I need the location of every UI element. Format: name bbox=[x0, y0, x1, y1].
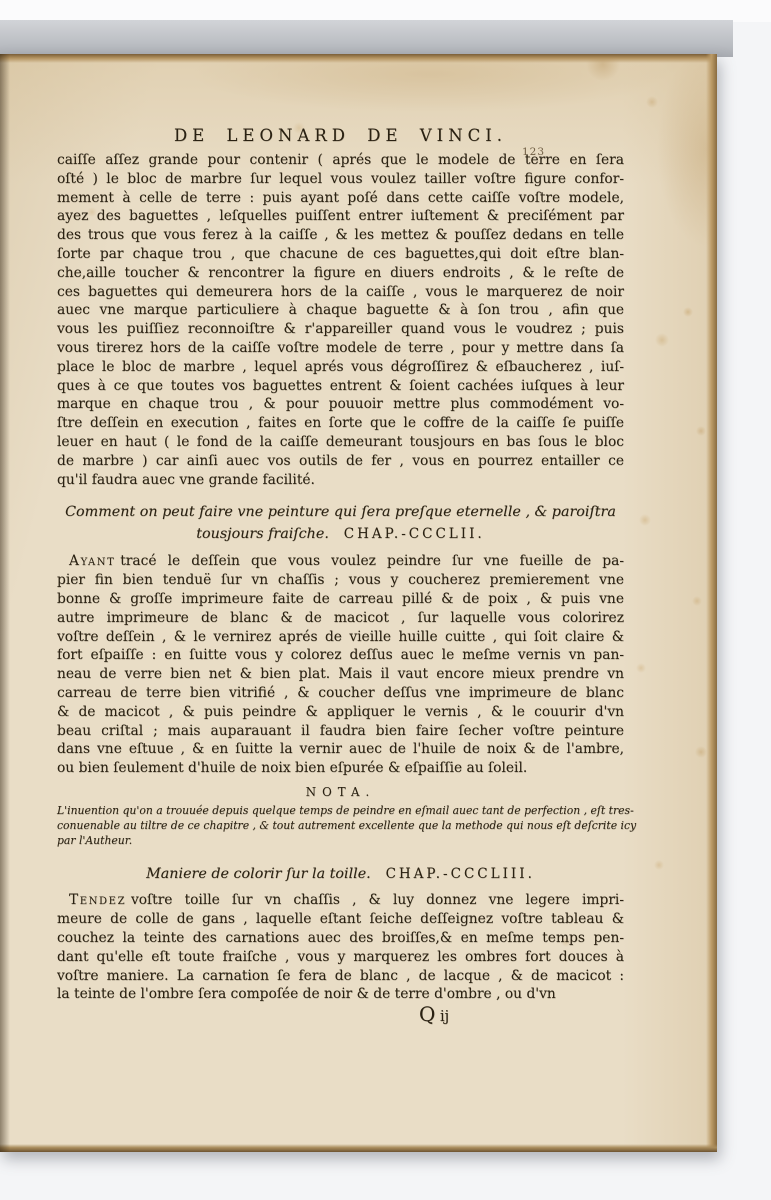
first-line-text: voſtre toille ſur vn chaſſis , & luy don… bbox=[131, 892, 624, 908]
chapter-title-line-1: Comment on peut faire vne peinture qui ſ… bbox=[57, 501, 624, 523]
first-line-text: tracé le deſſein que vous voulez peindre… bbox=[120, 553, 624, 569]
text-line: fort eſpaiſſe : en ſuitte vous y colorez… bbox=[57, 646, 624, 665]
page-edge-top bbox=[0, 54, 717, 63]
background-top-strip bbox=[0, 0, 771, 22]
running-head-row: DE LEONARD DE VINCI. 123 bbox=[57, 127, 624, 151]
chapter-title-line-2: tousjours fraiſche.CHAP.-CCCLII. bbox=[57, 523, 624, 545]
chapter-title: Maniere de colorir ſur la toille. bbox=[146, 866, 371, 882]
text-line: oſté ) le bloc de marbre ſur lequel vous… bbox=[57, 170, 624, 189]
lead-word: Tendez bbox=[69, 892, 126, 908]
nota-section: NOTA. L'inuention qu'on a trouuée depuis… bbox=[57, 783, 624, 848]
text-line: conuenable au tiltre de ce chapitre , & … bbox=[57, 818, 624, 833]
text-line: ces baguettes qui demeurera hors de la c… bbox=[57, 283, 624, 302]
page-edge-bottom bbox=[0, 1144, 717, 1152]
text-line: ques à ce que toutes vos baguettes entre… bbox=[57, 377, 624, 396]
book-page: DE LEONARD DE VINCI. 123 caiſſe aſſez gr… bbox=[0, 54, 717, 1152]
text-block: DE LEONARD DE VINCI. 123 caiſſe aſſez gr… bbox=[57, 127, 624, 1027]
text-line: de marbre ) car ainſi auec vos outils de… bbox=[57, 452, 624, 471]
text-line: meure de colle de gans , laquelle eſtant… bbox=[57, 910, 624, 929]
text-line: couchez la teinte des carnations auec de… bbox=[57, 929, 624, 948]
page-edge-left bbox=[0, 54, 10, 1152]
running-head-title: DE LEONARD DE VINCI. bbox=[174, 127, 507, 146]
text-line: vous les puiſſiez reconnoiſtre & r'appar… bbox=[57, 320, 624, 339]
paragraph-first-line: Ayanttracé le deſſein que vous voulez pe… bbox=[57, 552, 624, 571]
text-line: & de macicot , & puis peindre & applique… bbox=[57, 703, 624, 722]
text-line: dant qu'elle eſt toute fraiſche , vous y… bbox=[57, 948, 624, 967]
text-line: leuer en haut ( le fond de la caiſſe dem… bbox=[57, 433, 624, 452]
text-line: autre imprimeure de blanc & de macicot ,… bbox=[57, 609, 624, 628]
text-line: la teinte de l'ombre ſera compoſée de no… bbox=[57, 985, 624, 1004]
lead-word: Ayant bbox=[69, 553, 115, 569]
text-line: par l'Autheur. bbox=[57, 833, 624, 848]
paragraph-coloring-on-canvas: Tendezvoſtre toille ſur vn chaſſis , & l… bbox=[57, 891, 624, 1004]
text-line: carreau de terre bien vitrifié , & couch… bbox=[57, 684, 624, 703]
text-line: marque en chaque trou , & pour pouuoir m… bbox=[57, 395, 624, 414]
text-line: des trous que vous ferez à la caiſſe , &… bbox=[57, 226, 624, 245]
text-line: L'inuention qu'on a trouuée depuis quelq… bbox=[57, 803, 624, 818]
page-edge-right bbox=[706, 54, 717, 1152]
text-line: voſtre deſſein , & le vernirez aprés de … bbox=[57, 628, 624, 647]
text-line: ayez des baguettes , leſquelles puiſſent… bbox=[57, 207, 624, 226]
text-line: ſorte par chaque trou , que chacune de c… bbox=[57, 245, 624, 264]
text-line: beau criſtal ; mais auparauant il faudra… bbox=[57, 722, 624, 741]
text-line: auec vne marque particuliere à chaque ba… bbox=[57, 301, 624, 320]
text-line: ſtre deſſein en execution , faites en ſo… bbox=[57, 414, 624, 433]
text-line: mement à celle de terre : puis ayant poſ… bbox=[57, 189, 624, 208]
nota-body: L'inuention qu'on a trouuée depuis quelq… bbox=[57, 803, 624, 849]
signature-mark: Q ij bbox=[419, 1005, 624, 1027]
text-line: place le bloc de marbre , lequel aprés v… bbox=[57, 358, 624, 377]
page-top-shadow-band bbox=[0, 20, 733, 57]
text-line: qu'il faudra auec vne grande facilité. bbox=[57, 471, 624, 490]
paragraph-eternal-painting: Ayanttracé le deſſein que vous voulez pe… bbox=[57, 552, 624, 778]
page-number: 123 bbox=[522, 143, 545, 162]
paragraph-first-line: Tendezvoſtre toille ſur vn chaſſis , & l… bbox=[57, 891, 624, 910]
scanned-book-photo: DE LEONARD DE VINCI. 123 caiſſe aſſez gr… bbox=[0, 0, 771, 1200]
text-line: dans vne eſtuue , & en ſuitte la vernir … bbox=[57, 740, 624, 759]
chapter-number-label: CHAP.-CCCLII. bbox=[344, 526, 485, 542]
chapter-title-end: tousjours fraiſche. bbox=[196, 526, 329, 542]
text-line: che,aille toucher & rencontrer la figure… bbox=[57, 264, 624, 283]
text-line: bonne & groſſe imprimeure faite de carre… bbox=[57, 590, 624, 609]
nota-heading: NOTA. bbox=[57, 783, 624, 802]
chapter-heading-cccliii: Maniere de colorir ſur la toille.CHAP.-C… bbox=[57, 863, 624, 885]
text-line: pier fin bien tenduë ſur vn chaſſis ; vo… bbox=[57, 571, 624, 590]
text-line: ou bien ſeulement d'huile de noix bien e… bbox=[57, 759, 624, 778]
chapter-heading-ccclii: Comment on peut faire vne peinture qui ſ… bbox=[57, 501, 624, 545]
paragraph-sculpture-continuation: caiſſe aſſez grande pour contenir ( apré… bbox=[57, 151, 624, 489]
text-line: voſtre maniere. La carnation ſe fera de … bbox=[57, 967, 624, 986]
text-line: neau de verre bien net & bien plat. Mais… bbox=[57, 665, 624, 684]
chapter-number-label: CHAP.-CCCLIII. bbox=[386, 866, 535, 882]
text-line: vous tirerez hors de la caiſſe voſtre mo… bbox=[57, 339, 624, 358]
